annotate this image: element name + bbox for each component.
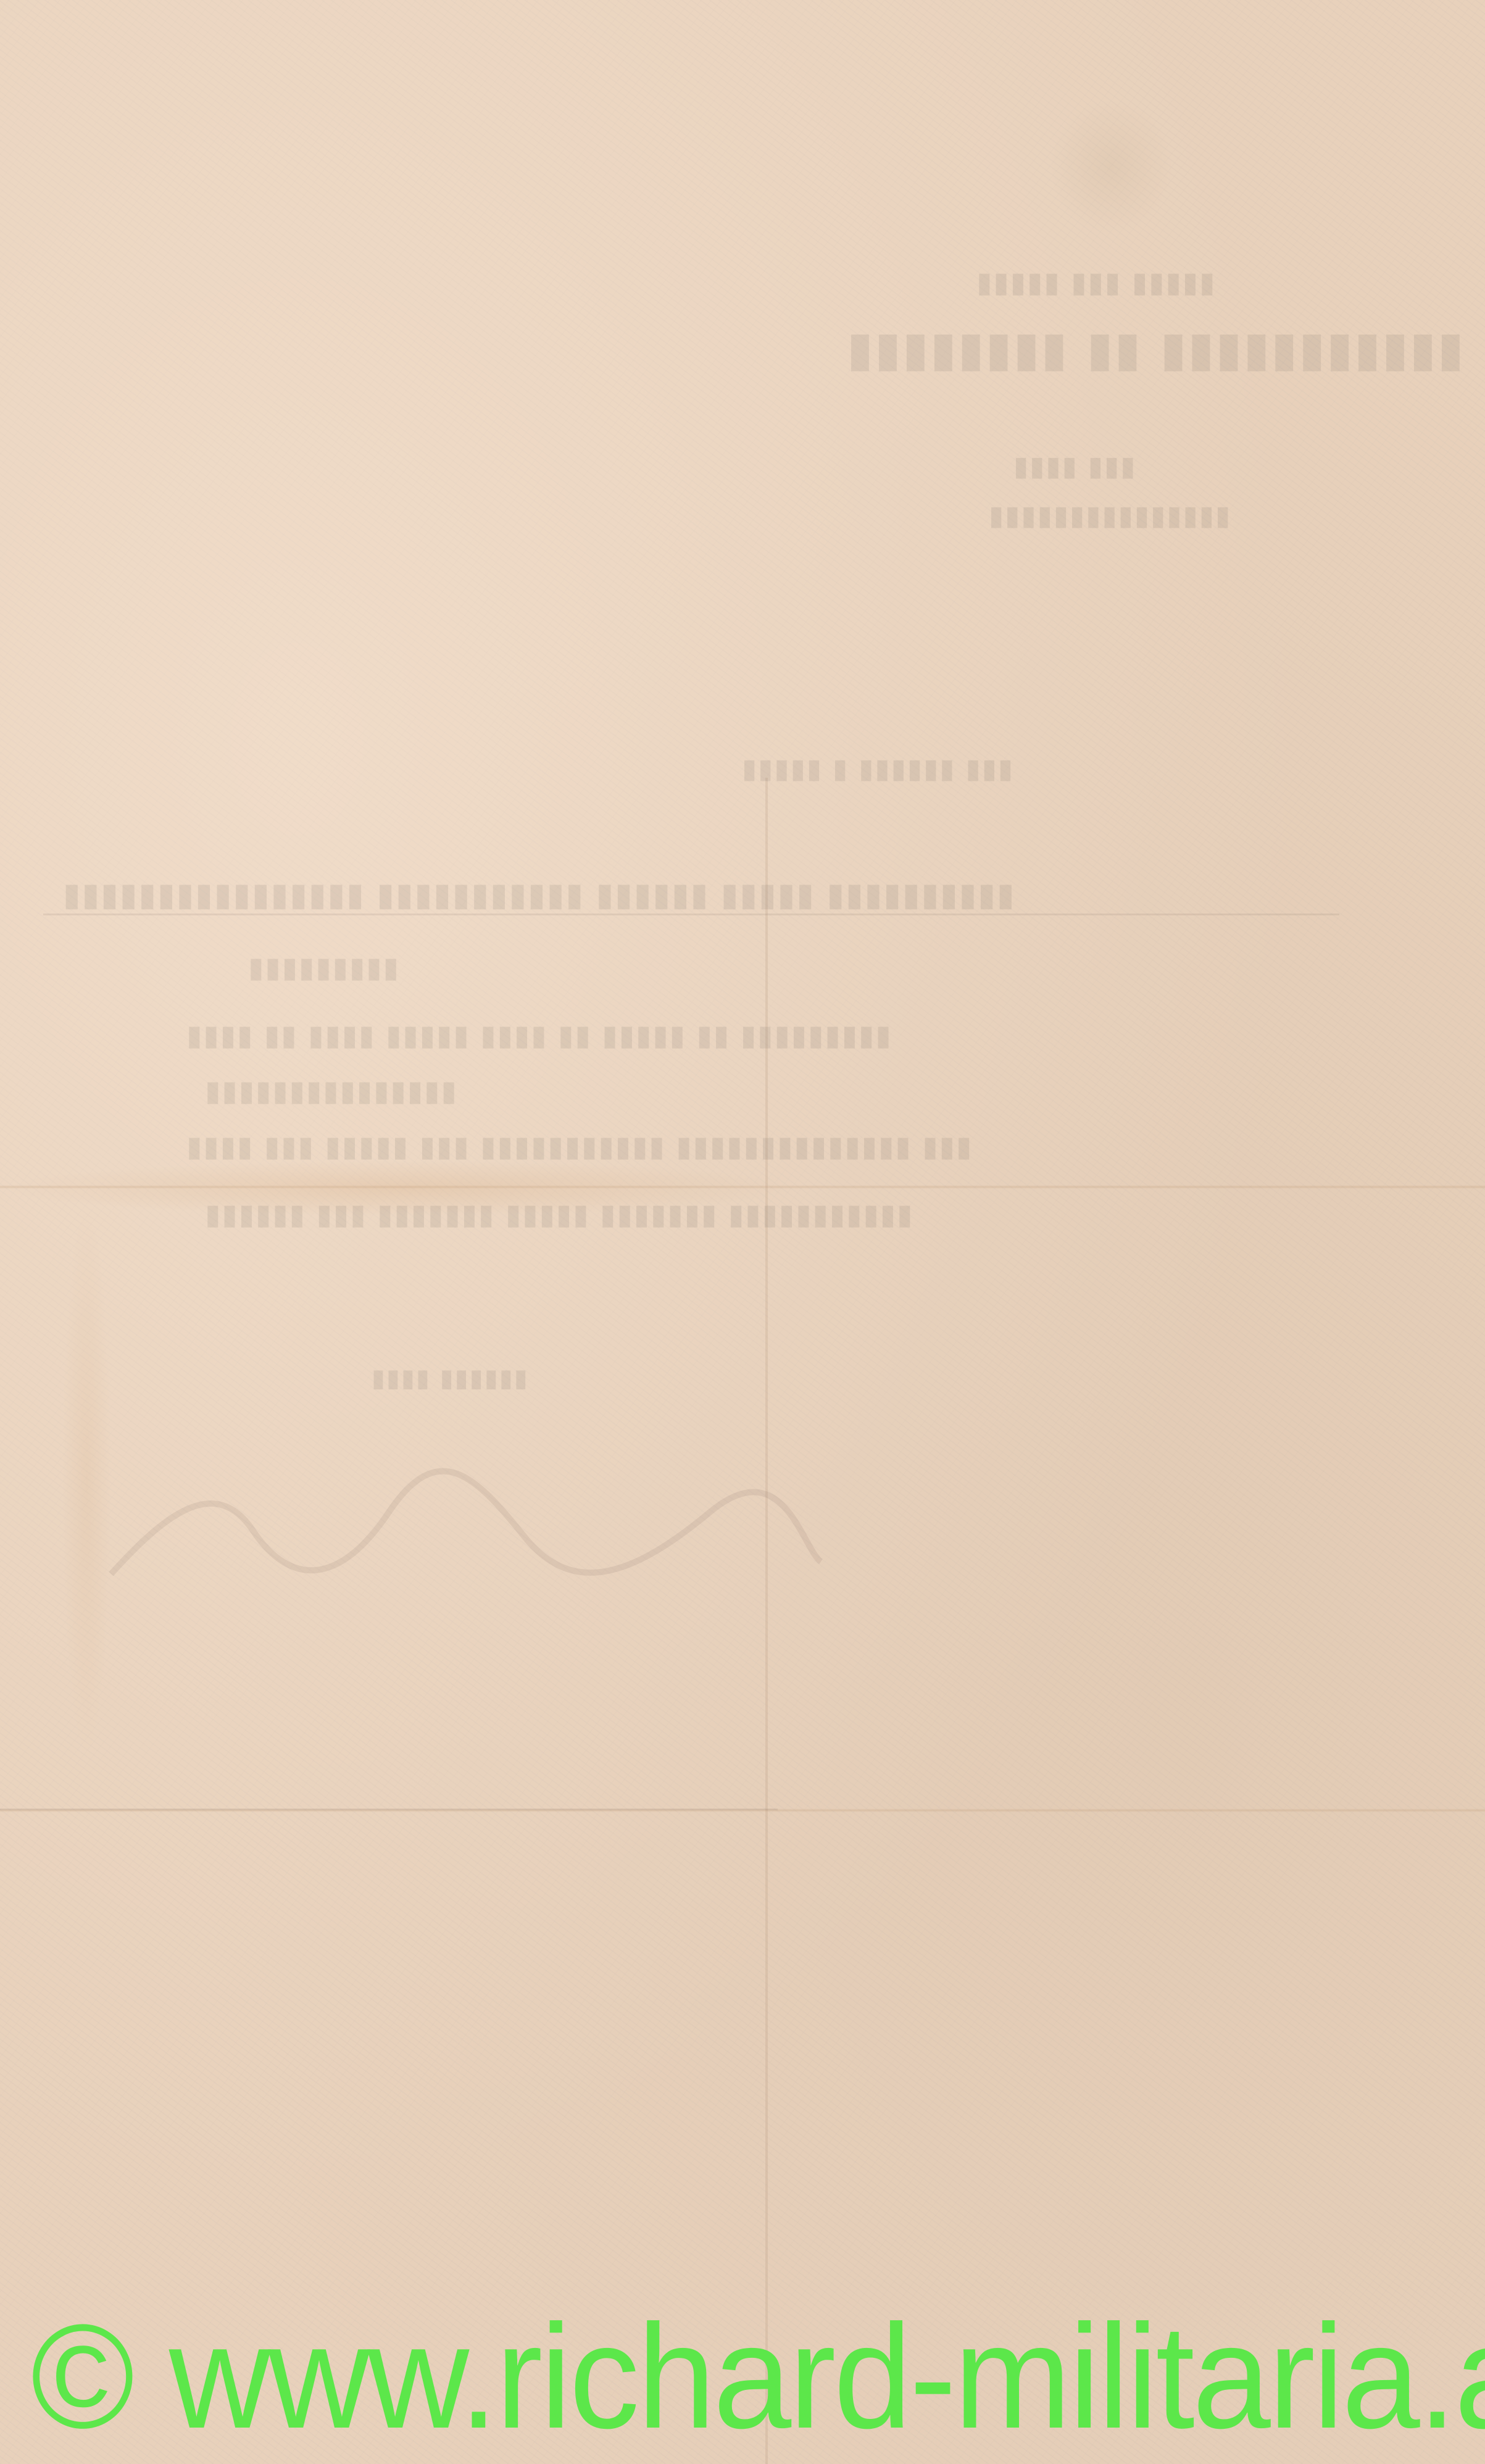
signature-ghost <box>93 1438 833 1599</box>
bleed-through-text: ▮▮▮▮▮▮▮▮▮▮ ▮▮▮▮▮ ▮▮▮▮▮▮ ▮▮▮▮▮▮▮▮▮▮▮ ▮▮▮▮… <box>62 876 1015 914</box>
bleed-through-text: ▮▮▮▮▮▮▮▮▮ ▮▮ ▮▮▮▮▮ ▮▮ ▮▮▮▮ ▮▮▮▮▮ ▮▮▮▮ ▮▮… <box>185 1018 891 1052</box>
watermark-text: © www.richard-militaria.at <box>31 2302 1485 2450</box>
bleed-through-text: ▮▮▮▮▮▮▮▮▮▮▮ ▮▮ ▮▮▮▮▮▮▮▮ <box>846 321 1464 377</box>
bleed-through-text: ▮▮▮▮▮▮▮▮▮ <box>247 951 399 984</box>
bleed-through-text: ▮▮▮▮▮▮▮▮▮▮▮ ▮▮▮▮▮▮▮ ▮▮▮▮▮ ▮▮▮▮▮▮▮ ▮▮▮ ▮▮… <box>204 1197 912 1231</box>
bleed-through-text: ▮▮▮▮▮▮ ▮▮▮▮ <box>370 1364 528 1392</box>
bleed-through-text: ▮▮▮▮▮ ▮▮▮ ▮▮▮▮▮ <box>975 265 1215 299</box>
bleed-through-text: ▮▮▮ ▮▮▮▮▮▮ ▮ ▮▮▮▮▮ <box>741 753 1013 785</box>
crest-ghost <box>1049 99 1173 235</box>
bleed-through-text: ▮▮▮▮▮▮▮▮▮▮▮▮▮▮▮ <box>988 500 1230 531</box>
bleed-through-text: ▮▮▮ ▮▮▮▮▮▮▮▮▮▮▮▮▮▮ ▮▮▮▮▮▮▮▮▮▮▮ ▮▮▮ ▮▮▮▮▮… <box>185 1130 971 1163</box>
bleed-through-rule <box>43 914 1339 915</box>
bleed-through-rule <box>0 1808 778 1810</box>
bleed-through-text: ▮▮▮▮▮▮▮▮▮▮▮▮▮▮▮ <box>204 1074 457 1107</box>
bleed-through-text: ▮▮▮ ▮▮▮▮ <box>1012 451 1135 482</box>
